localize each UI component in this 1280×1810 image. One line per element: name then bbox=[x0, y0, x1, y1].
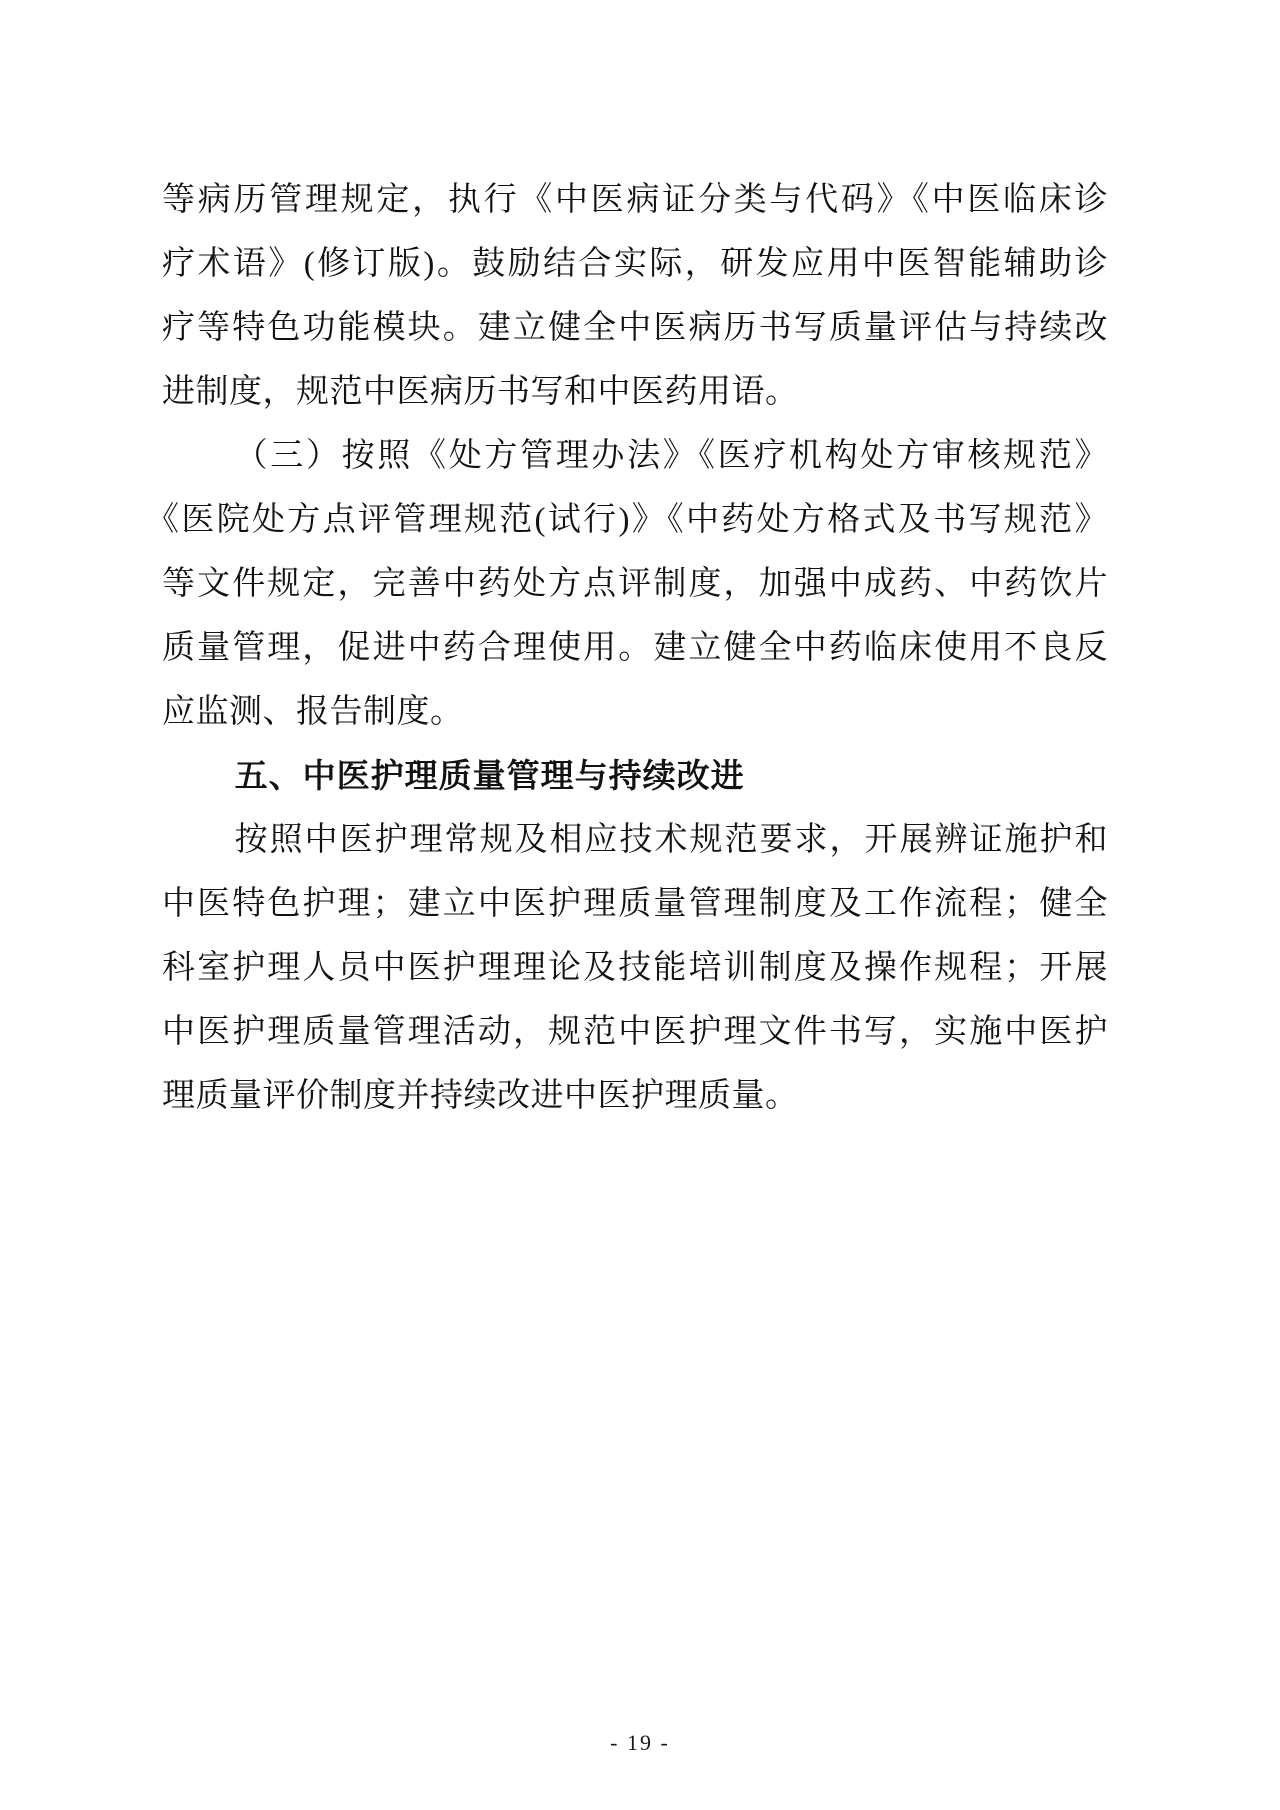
text-line: 疗术语》(修订版)。鼓励结合实际，研发应用中医智能辅助诊 bbox=[162, 232, 1108, 296]
text-line: 质量管理，促进中药合理使用。建立健全中药临床使用不良反 bbox=[162, 616, 1108, 680]
text-line: 科室护理人员中医护理理论及技能培训制度及操作规程；开展 bbox=[162, 936, 1108, 1000]
document-body: 等病历管理规定，执行《中医病证分类与代码》《中医临床诊 疗术语》(修订版)。鼓励… bbox=[162, 168, 1108, 1128]
text-line: 中医护理质量管理活动，规范中医护理文件书写，实施中医护 bbox=[162, 1000, 1108, 1064]
text-line: 《医院处方点评管理规范(试行)》《中药处方格式及书写规范》 bbox=[162, 488, 1108, 552]
section-heading: 五、中医护理质量管理与持续改进 bbox=[162, 744, 1108, 808]
text-line: 应监测、报告制度。 bbox=[162, 680, 1108, 744]
text-line: 理质量评价制度并持续改进中医护理质量。 bbox=[162, 1064, 1108, 1128]
text-line: 疗等特色功能模块。建立健全中医病历书写质量评估与持续改 bbox=[162, 296, 1108, 360]
text-line: 等病历管理规定，执行《中医病证分类与代码》《中医临床诊 bbox=[162, 168, 1108, 232]
text-line: 中医特色护理；建立中医护理质量管理制度及工作流程；健全 bbox=[162, 872, 1108, 936]
document-page: 等病历管理规定，执行《中医病证分类与代码》《中医临床诊 疗术语》(修订版)。鼓励… bbox=[0, 0, 1280, 1810]
text-line: （三）按照《处方管理办法》《医疗机构处方审核规范》 bbox=[162, 424, 1108, 488]
text-line: 按照中医护理常规及相应技术规范要求，开展辨证施护和 bbox=[162, 808, 1108, 872]
text-line: 等文件规定，完善中药处方点评制度，加强中成药、中药饮片 bbox=[162, 552, 1108, 616]
page-number: - 19 - bbox=[0, 1730, 1280, 1756]
text-line: 进制度，规范中医病历书写和中医药用语。 bbox=[162, 360, 1108, 424]
